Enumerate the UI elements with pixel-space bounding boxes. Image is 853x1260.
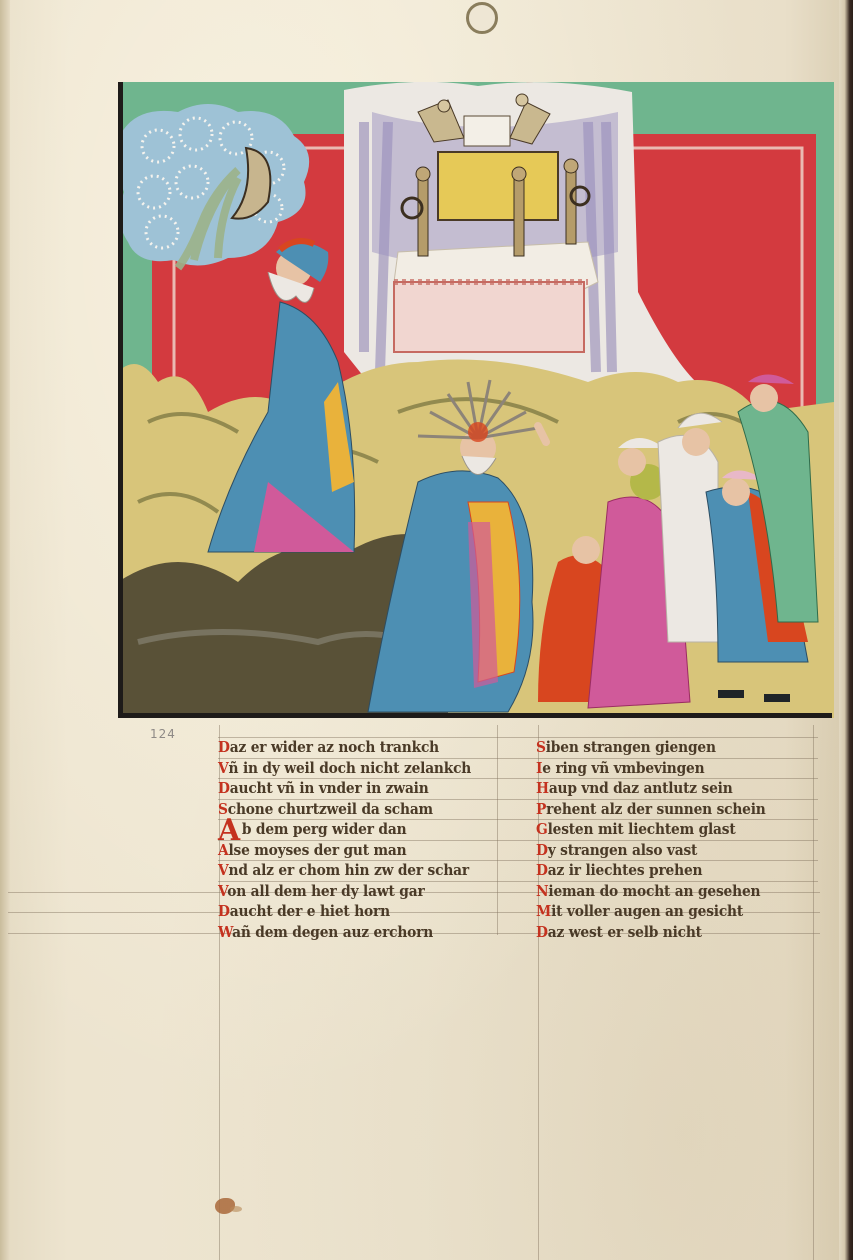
rubricated-initial: D <box>218 780 230 797</box>
verse-line: Nieman do mocht an gesehen <box>536 882 812 903</box>
verse-line: Wañ dem degen auz erchorn <box>218 923 494 944</box>
text-column-left: Daz er wider az noch trankch Vñ in dy we… <box>218 738 508 943</box>
verse-line: Ie ring vñ vmbevingen <box>536 759 812 780</box>
verse-line: Von all dem her dy lawt gar <box>218 882 494 903</box>
rubricated-initial: V <box>218 760 229 777</box>
rubricated-initial: M <box>536 903 551 920</box>
rubricated-initial: H <box>536 780 549 797</box>
rubricated-initial: D <box>536 842 548 859</box>
page-edge <box>839 0 853 1260</box>
verse-line: Daucht vñ in vnder in zwain <box>218 779 494 800</box>
verse-line: Glesten mit liechtem glast <box>536 820 812 841</box>
rubricated-initial: N <box>536 883 548 900</box>
rubricated-initial: V <box>218 862 229 879</box>
decorated-initial: A <box>218 821 240 841</box>
verse-line: Alse moyses der gut man <box>218 841 494 862</box>
verse-line: Daucht der e hiet horn <box>218 902 494 923</box>
verse-line: Haup vnd daz antlutz sein <box>536 779 812 800</box>
rubricated-initial: D <box>218 903 230 920</box>
rubricated-initial: G <box>536 821 548 838</box>
text-column-right: Siben strangen giengen Ie ring vñ vmbevi… <box>536 738 826 943</box>
verse-line: Mit voller augen an gesicht <box>536 902 812 923</box>
illumination-painting <box>118 82 834 718</box>
verse-line: Daz ir liechtes prehen <box>536 861 812 882</box>
ink-stain <box>230 1206 242 1212</box>
verse-line: Dy strangen also vast <box>536 841 812 862</box>
verse-line: Prehent alz der sunnen schein <box>536 800 812 821</box>
canopy-finial <box>466 2 498 34</box>
rubricated-initial: D <box>536 862 548 879</box>
verse-line: Ab dem perg wider dan <box>218 820 494 841</box>
rubricated-initial: A <box>218 842 229 859</box>
rubricated-initial: D <box>218 739 230 756</box>
verse-line: Vnd alz er chom hin zw der schar <box>218 861 494 882</box>
folio-number: 124 <box>150 727 176 741</box>
manuscript-page: 124 Daz er wider az noch trankch Vñ in d… <box>0 0 853 1260</box>
rubricated-initial: W <box>218 924 232 941</box>
binding-edge <box>0 0 10 1260</box>
verse-line: Vñ in dy weil doch nicht zelankch <box>218 759 494 780</box>
verse-line: Schone churtzweil da scham <box>218 800 494 821</box>
verse-line: Daz er wider az noch trankch <box>218 738 494 759</box>
rubricated-initial: S <box>536 739 546 756</box>
rubricated-initial: V <box>218 883 227 900</box>
verse-line: Daz west er selb nicht <box>536 923 812 944</box>
illumination <box>118 82 834 718</box>
rubricated-initial: P <box>536 801 546 818</box>
rubricated-initial: D <box>536 924 548 941</box>
verse-line: Siben strangen giengen <box>536 738 812 759</box>
